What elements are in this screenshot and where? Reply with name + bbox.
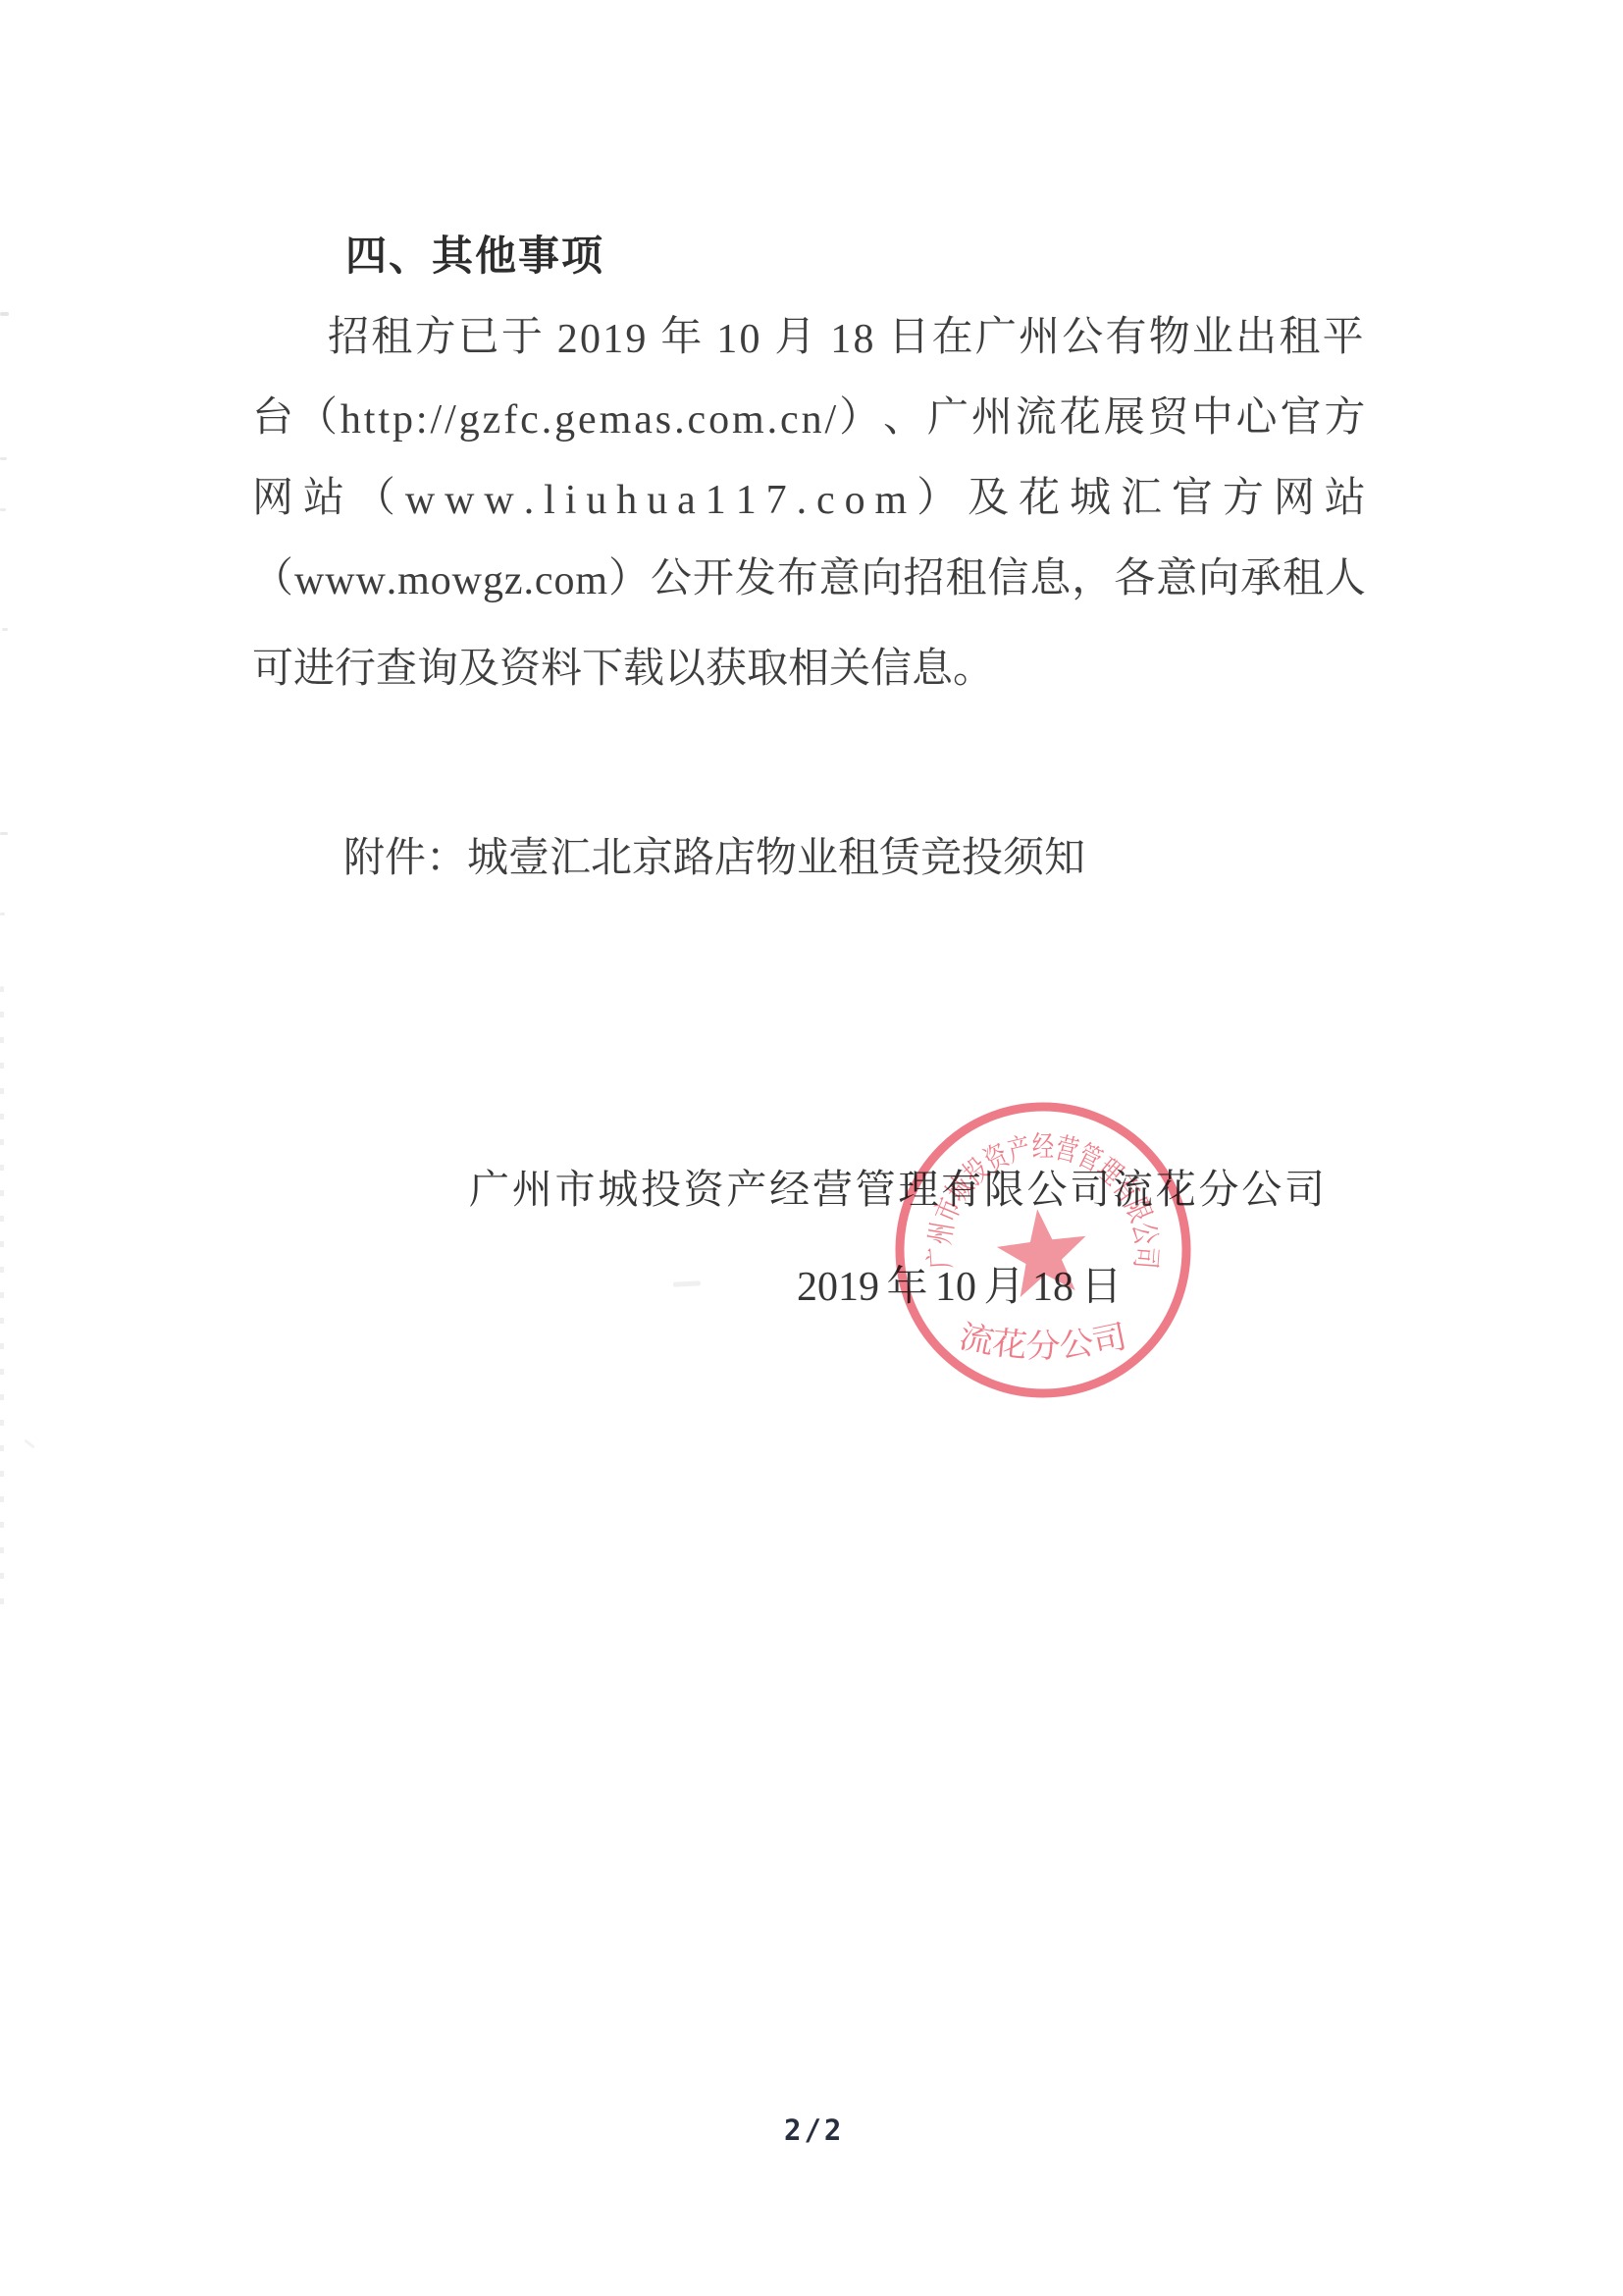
seal-bottom-text: 流花分公司 — [956, 1319, 1129, 1365]
section-heading: 四、其他事项 — [345, 234, 604, 279]
company-seal: 广州市城投资产经营管理有限公司 流花分公司 — [857, 1064, 1230, 1436]
document-page: 四、其他事项 招租方已于 2019 年 10 月 18 日在广州公有物业出租平 … — [0, 0, 1623, 2296]
paragraph-line-1: 招租方已于 2019 年 10 月 18 日在广州公有物业出租平 — [328, 314, 1364, 363]
scan-artifact — [2, 628, 8, 631]
attachment-line: 附件：城壹汇北京路店物业租赁竞投须知 — [343, 825, 1085, 874]
page-number: 2/2 — [784, 2113, 844, 2147]
scan-artifact — [0, 832, 8, 835]
scan-artifact — [0, 913, 5, 915]
paragraph-line-5: 可进行查询及资料下载以获取相关信息。 — [252, 636, 994, 685]
scan-artifact — [0, 457, 7, 460]
scan-artifact — [0, 312, 9, 316]
svg-text:流花分公司: 流花分公司 — [956, 1319, 1129, 1365]
paragraph-line-3: 网站（www.liuhua117.com）及花城汇官方网站 — [252, 475, 1366, 524]
scan-artifact — [673, 1280, 701, 1286]
paragraph-line-4: （www.mowgz.com）公开发布意向招租信息，各意向承租人 — [252, 555, 1366, 604]
scan-artifact — [24, 1439, 34, 1449]
paragraph-line-2: 台（http://gzfc.gemas.com.cn/）、广州流花展贸中心官方 — [252, 394, 1366, 444]
scan-artifact — [0, 508, 6, 511]
scan-artifact — [0, 986, 4, 1624]
seal-star-icon — [993, 1204, 1092, 1299]
